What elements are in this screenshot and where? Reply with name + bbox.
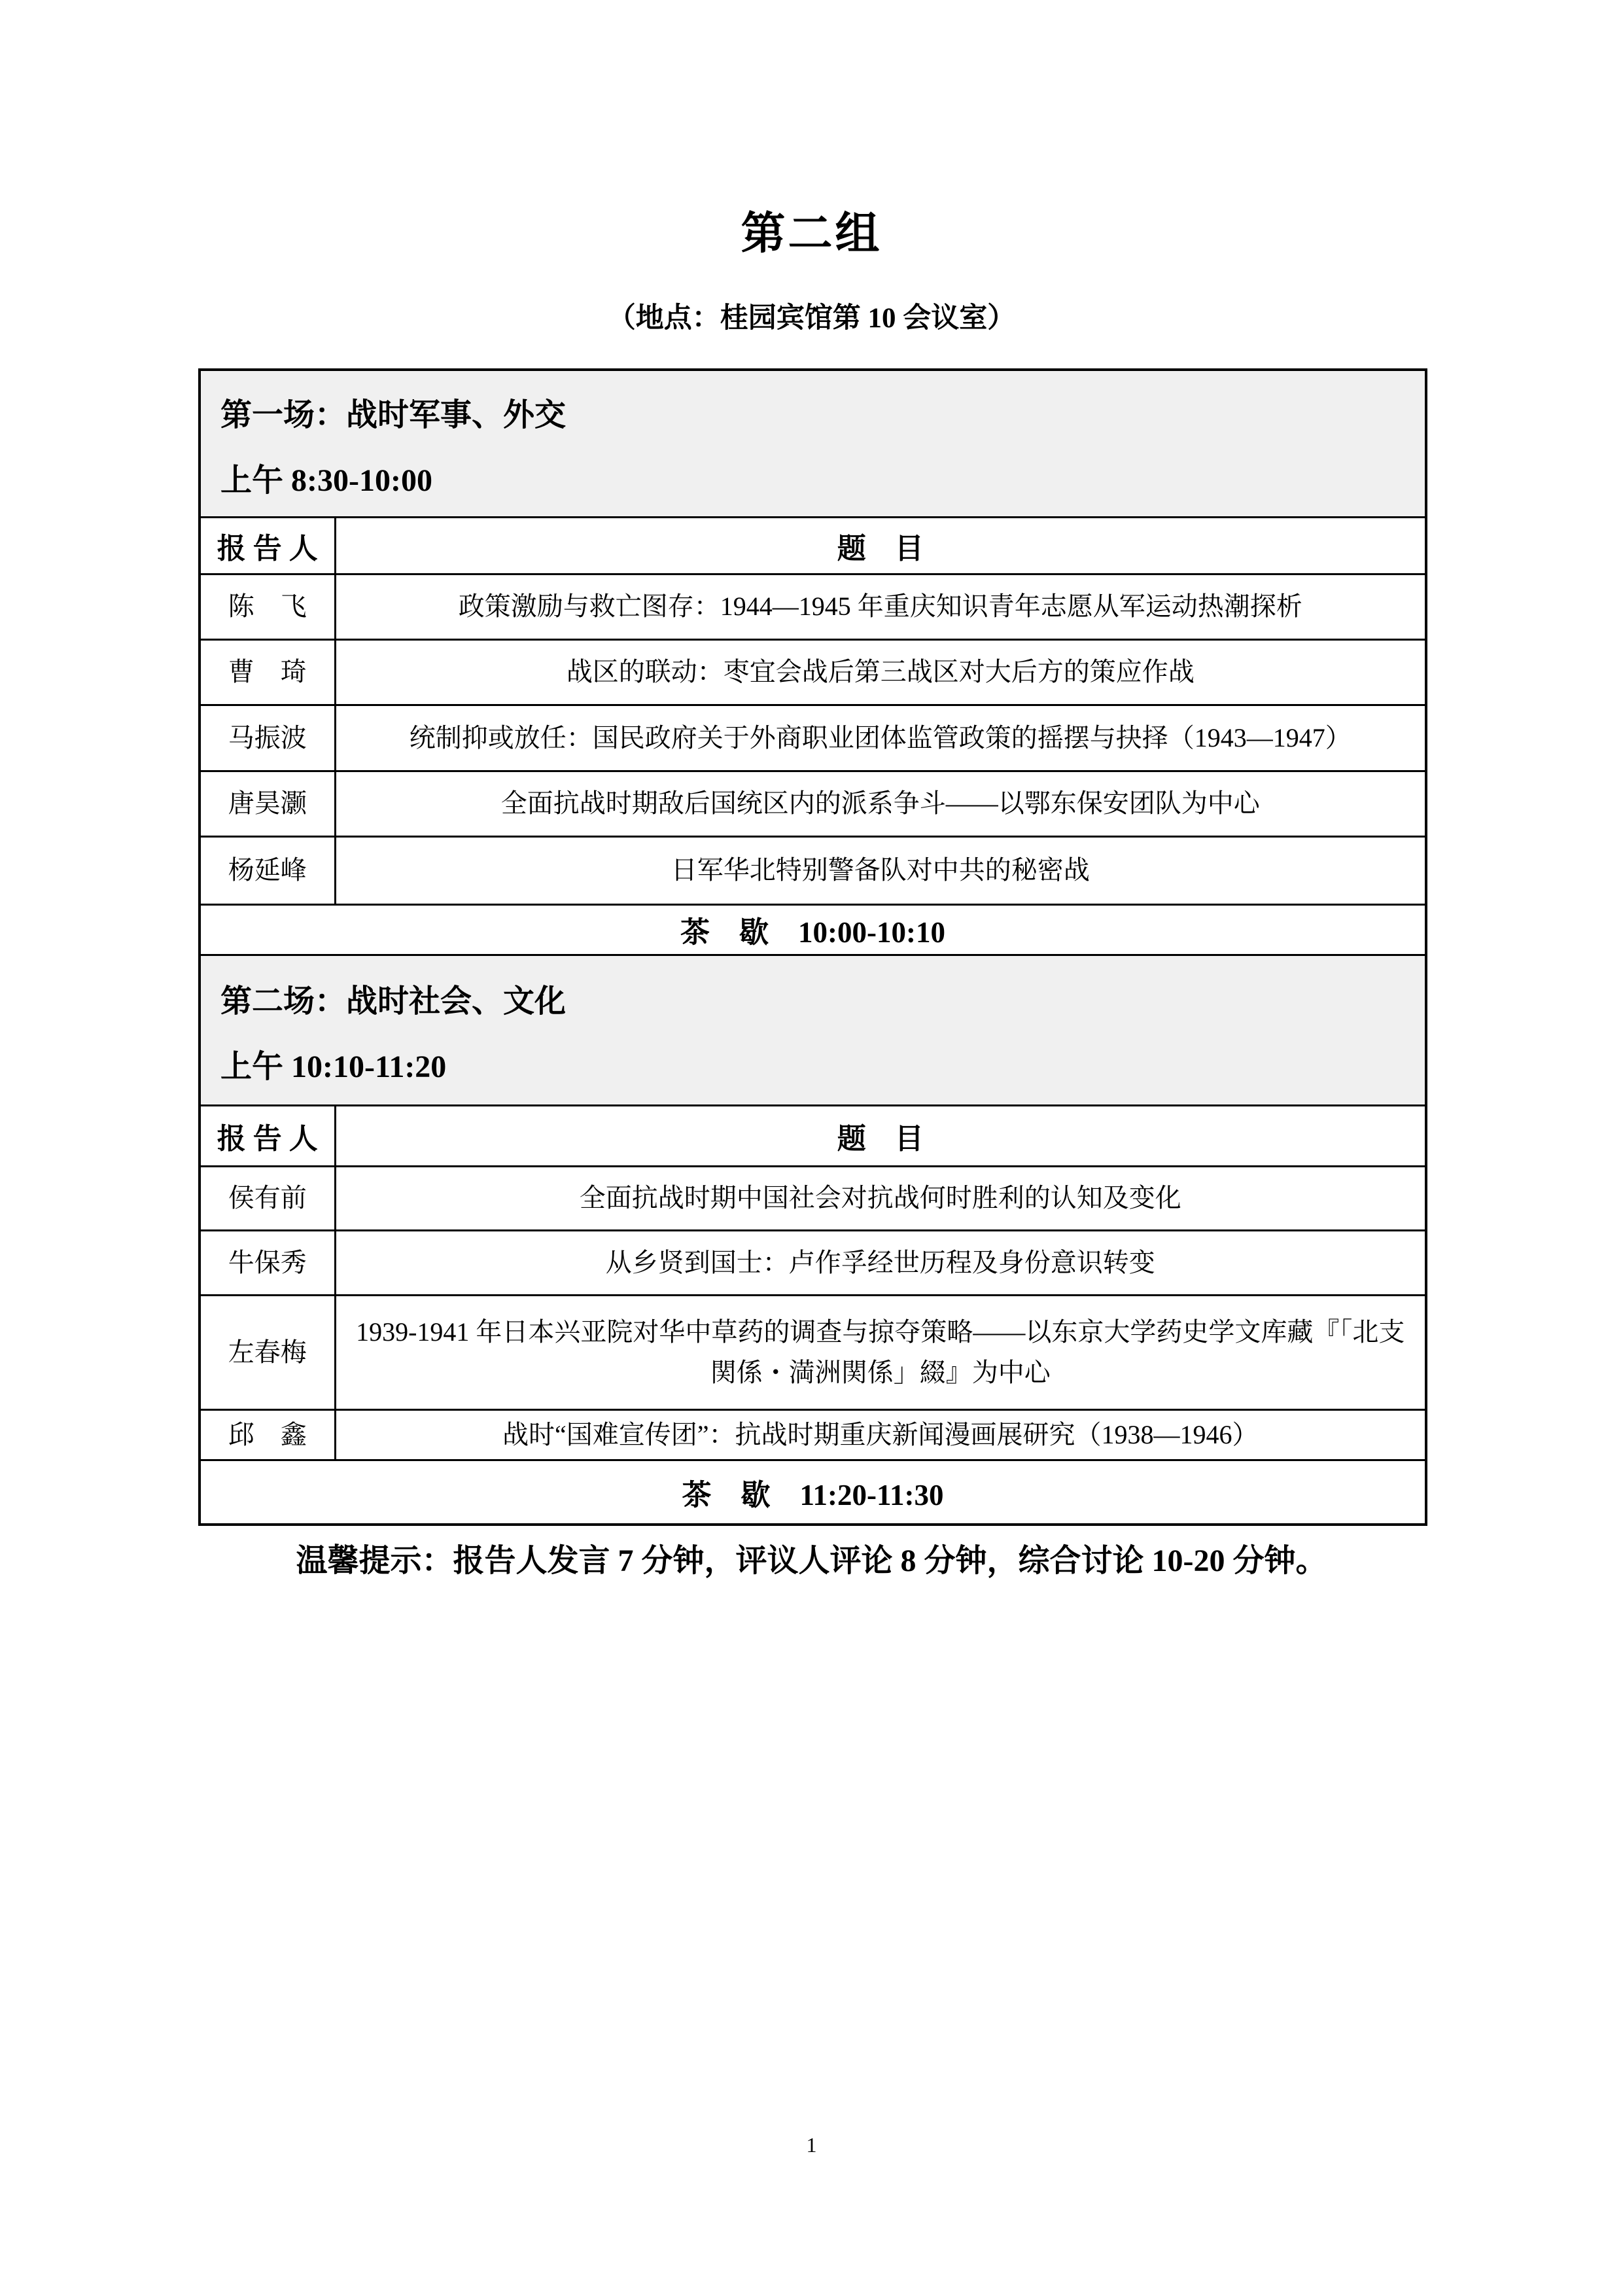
column-header-row: 报 告 人 题 目: [200, 1105, 1426, 1166]
title-column-header: 题 目: [335, 517, 1426, 574]
session-2-header-cell: 第二场：战时社会、文化 上午 10:10-11:20: [200, 955, 1426, 1105]
presenter-name: 左春梅: [200, 1295, 335, 1409]
paper-title: 统制抑或放任：国民政府关于外商职业团体监管政策的摇摆与抉择（1943—1947）: [335, 705, 1426, 771]
paper-title: 全面抗战时期敌后国统区内的派系争斗——以鄂东保安团队为中心: [335, 771, 1426, 836]
table-row: 曹 琦 战区的联动：枣宜会战后第三战区对大后方的策应作战: [200, 639, 1426, 705]
paper-title: 政策激励与救亡图存：1944—1945 年重庆知识青年志愿从军运动热潮探析: [335, 574, 1426, 639]
presenter-name: 陈 飞: [200, 574, 335, 639]
paper-title: 战时“国难宣传团”：抗战时期重庆新闻漫画展研究（1938—1946）: [335, 1409, 1426, 1460]
presenter-name: 唐昊灏: [200, 771, 335, 836]
title-column-header: 题 目: [335, 1105, 1426, 1166]
presenter-name: 曹 琦: [200, 639, 335, 705]
session-1-header-row: 第一场：战时军事、外交 上午 8:30-10:00: [200, 370, 1426, 517]
document-page: 第二组 （地点：桂园宾馆第 10 会议室） 第一场：战时军事、外交 上午 8:3…: [0, 0, 1623, 2296]
table-row: 陈 飞 政策激励与救亡图存：1944—1945 年重庆知识青年志愿从军运动热潮探…: [200, 574, 1426, 639]
presenter-name: 侯有前: [200, 1166, 335, 1230]
session-1-name: 第一场：战时军事、外交: [220, 383, 1412, 448]
table-row: 唐昊灏 全面抗战时期敌后国统区内的派系争斗——以鄂东保安团队为中心: [200, 771, 1426, 836]
session-2-time: 上午 10:10-11:20: [220, 1034, 1412, 1100]
table-row: 左春梅 1939-1941 年日本兴亚院对华中草药的调查与掠夺策略——以东京大学…: [200, 1295, 1426, 1409]
page-title: 第二组: [0, 207, 1623, 262]
table-row: 杨延峰 日军华北特别警备队对中共的秘密战: [200, 836, 1426, 904]
tea-break-row: 茶 歇 10:00-10:10: [200, 904, 1426, 955]
table-row: 牛保秀 从乡贤到国士：卢作孚经世历程及身份意识转变: [200, 1230, 1426, 1295]
session-1-header-cell: 第一场：战时军事、外交 上午 8:30-10:00: [200, 370, 1426, 517]
session-2-header-row: 第二场：战时社会、文化 上午 10:10-11:20: [200, 955, 1426, 1105]
paper-title: 从乡贤到国士：卢作孚经世历程及身份意识转变: [335, 1230, 1426, 1295]
presenter-name: 杨延峰: [200, 836, 335, 904]
column-header-row: 报 告 人 题 目: [200, 517, 1426, 574]
table-row: 侯有前 全面抗战时期中国社会对抗战何时胜利的认知及变化: [200, 1166, 1426, 1230]
tea-break-label: 茶 歇 11:20-11:30: [200, 1460, 1426, 1525]
session-2-name: 第二场：战时社会、文化: [220, 969, 1412, 1034]
schedule-table: 第一场：战时军事、外交 上午 8:30-10:00 报 告 人 题 目 陈 飞 …: [198, 368, 1427, 1526]
presenter-name: 牛保秀: [200, 1230, 335, 1295]
paper-title: 日军华北特别警备队对中共的秘密战: [335, 836, 1426, 904]
paper-title: 战区的联动：枣宜会战后第三战区对大后方的策应作战: [335, 639, 1426, 705]
paper-title: 1939-1941 年日本兴亚院对华中草药的调查与掠夺策略——以东京大学药史学文…: [335, 1295, 1426, 1409]
table-row: 邱 鑫 战时“国难宣传团”：抗战时期重庆新闻漫画展研究（1938—1946）: [200, 1409, 1426, 1460]
tea-break-row: 茶 歇 11:20-11:30: [200, 1460, 1426, 1525]
paper-title: 全面抗战时期中国社会对抗战何时胜利的认知及变化: [335, 1166, 1426, 1230]
session-1-time: 上午 8:30-10:00: [220, 448, 1412, 514]
presenter-column-header: 报 告 人: [200, 517, 335, 574]
presenter-column-header: 报 告 人: [200, 1105, 335, 1166]
presenter-name: 邱 鑫: [200, 1409, 335, 1460]
presenter-name: 马振波: [200, 705, 335, 771]
page-number: 1: [0, 2132, 1623, 2158]
table-row: 马振波 统制抑或放任：国民政府关于外商职业团体监管政策的摇摆与抉择（1943—1…: [200, 705, 1426, 771]
reminder-note: 温馨提示：报告人发言 7 分钟，评议人评论 8 分钟，综合讨论 10-20 分钟…: [0, 1540, 1623, 1582]
page-subtitle: （地点：桂园宾馆第 10 会议室）: [0, 300, 1623, 338]
tea-break-label: 茶 歇 10:00-10:10: [200, 904, 1426, 955]
